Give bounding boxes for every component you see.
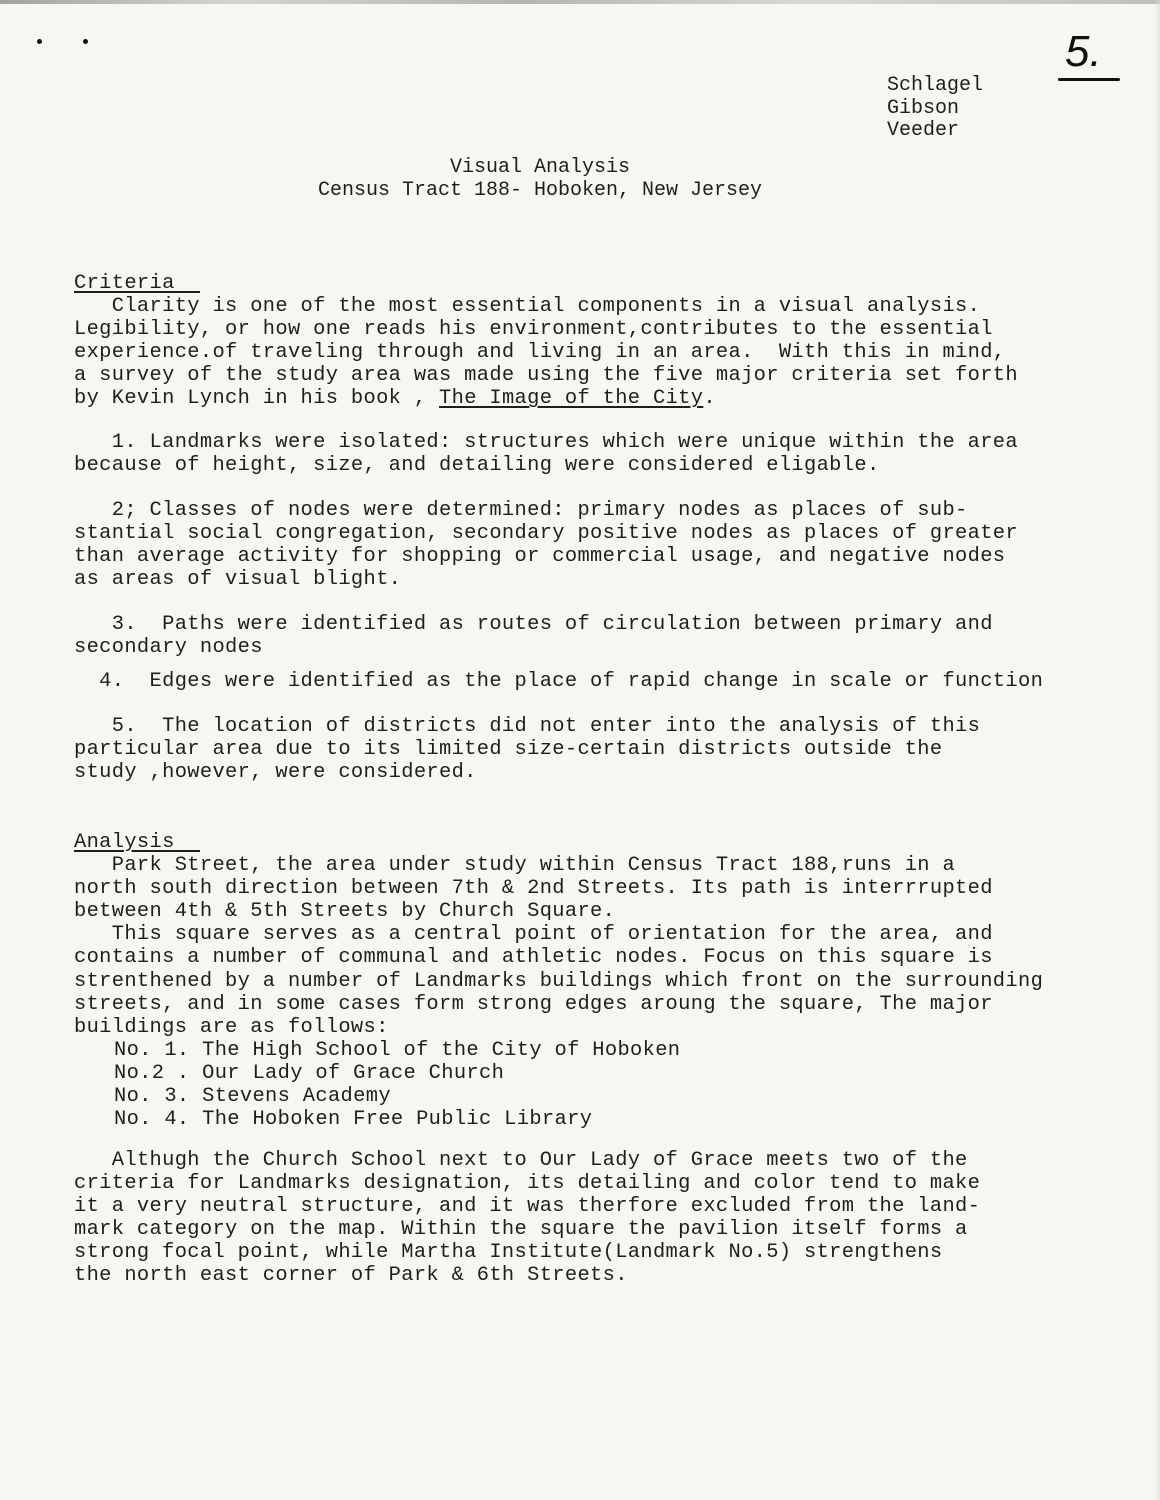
text-line: between 4th & 5th Streets by Church Squa… xyxy=(74,900,1043,923)
criteria-line: 4. Edges were identified as the place of… xyxy=(74,670,1043,693)
authors-block: Schlagel Gibson Veeder xyxy=(887,75,983,143)
landmark-building-item: No. 4. The Hoboken Free Public Library xyxy=(74,1108,1043,1131)
landmark-building-item: No. 1. The High School of the City of Ho… xyxy=(74,1039,1043,1062)
text-line: it a very neutral structure, and it was … xyxy=(74,1195,980,1218)
criteria-intro: Clarity is one of the most essential com… xyxy=(74,295,1018,410)
text-line: streets, and in some cases form strong e… xyxy=(74,993,1043,1016)
criteria-line: 5. The location of districts did not ent… xyxy=(74,715,980,738)
text-line: the north east corner of Park & 6th Stre… xyxy=(74,1264,980,1287)
text-line: This square serves as a central point of… xyxy=(74,923,1043,946)
page-number: 5. xyxy=(1065,30,1102,74)
text-line: Althugh the Church School next to Our La… xyxy=(74,1149,980,1172)
analysis-paragraph-2: Althugh the Church School next to Our La… xyxy=(74,1149,980,1288)
landmark-building-item: No.2 . Our Lady of Grace Church xyxy=(74,1062,1043,1085)
text-line: north south direction between 7th & 2nd … xyxy=(74,877,1043,900)
text-line: experience.of traveling through and livi… xyxy=(74,341,1018,364)
text-line: buildings are as follows: xyxy=(74,1016,1043,1039)
page-number-underline xyxy=(1058,78,1120,81)
text-line: contains a number of communal and athlet… xyxy=(74,946,1043,969)
criteria-line: secondary nodes xyxy=(74,636,993,659)
title-line-2: Census Tract 188- Hoboken, New Jersey xyxy=(270,179,810,202)
landmark-building-list: No. 1. The High School of the City of Ho… xyxy=(74,1039,1043,1131)
criteria-item-districts: 5. The location of districts did not ent… xyxy=(74,715,980,784)
criteria-line: 2; Classes of nodes were determined: pri… xyxy=(74,499,1018,522)
text-line: by Kevin Lynch in his book , The Image o… xyxy=(74,387,1018,410)
criteria-line: 3. Paths were identified as routes of ci… xyxy=(74,613,993,636)
title-line-1: Visual Analysis xyxy=(270,156,810,179)
text-line: Park Street, the area under study within… xyxy=(74,854,1043,877)
criteria-line: than average activity for shopping or co… xyxy=(74,545,1018,568)
criteria-heading: Criteria xyxy=(74,272,200,295)
analysis-section: Analysis Park Street, the area under stu… xyxy=(74,831,1043,1131)
landmark-building-item: No. 3. Stevens Academy xyxy=(74,1085,1043,1108)
text-line: a survey of the study area was made usin… xyxy=(74,364,1018,387)
page-right-edge xyxy=(1154,0,1160,1500)
punch-mark xyxy=(37,39,42,44)
criteria-line: particular area due to its limited size-… xyxy=(74,738,980,761)
text-line: criteria for Landmarks designation, its … xyxy=(74,1172,980,1195)
text-line: Legibility, or how one reads his environ… xyxy=(74,318,1018,341)
text-line: mark category on the map. Within the squ… xyxy=(74,1218,980,1241)
criteria-item-landmarks: 1. Landmarks were isolated: structures w… xyxy=(74,431,1018,477)
punch-mark xyxy=(83,39,88,44)
criteria-line: study ,however, were considered. xyxy=(74,761,980,784)
analysis-heading: Analysis xyxy=(74,831,200,854)
author-name: Gibson xyxy=(887,98,983,121)
text-line: Clarity is one of the most essential com… xyxy=(74,295,1018,318)
page-top-edge xyxy=(0,0,1160,4)
text-line: strenthened by a number of Landmarks bui… xyxy=(74,970,1043,993)
analysis-paragraph-1: Park Street, the area under study within… xyxy=(74,854,1043,1039)
book-title: The Image of the City xyxy=(439,387,703,410)
text-line: strong focal point, while Martha Institu… xyxy=(74,1241,980,1264)
criteria-item-paths: 3. Paths were identified as routes of ci… xyxy=(74,613,993,659)
criteria-line: because of height, size, and detailing w… xyxy=(74,454,1018,477)
author-name: Schlagel xyxy=(887,75,983,98)
criteria-line: stantial social congregation, secondary … xyxy=(74,522,1018,545)
criteria-line: as areas of visual blight. xyxy=(74,568,1018,591)
criteria-item-nodes: 2; Classes of nodes were determined: pri… xyxy=(74,499,1018,591)
criteria-item-edges: 4. Edges were identified as the place of… xyxy=(74,670,1043,693)
document-title: Visual Analysis Census Tract 188- Hoboke… xyxy=(270,156,810,202)
criteria-section: Criteria Clarity is one of the most esse… xyxy=(74,272,1018,411)
criteria-line: 1. Landmarks were isolated: structures w… xyxy=(74,431,1018,454)
author-name: Veeder xyxy=(887,120,983,143)
